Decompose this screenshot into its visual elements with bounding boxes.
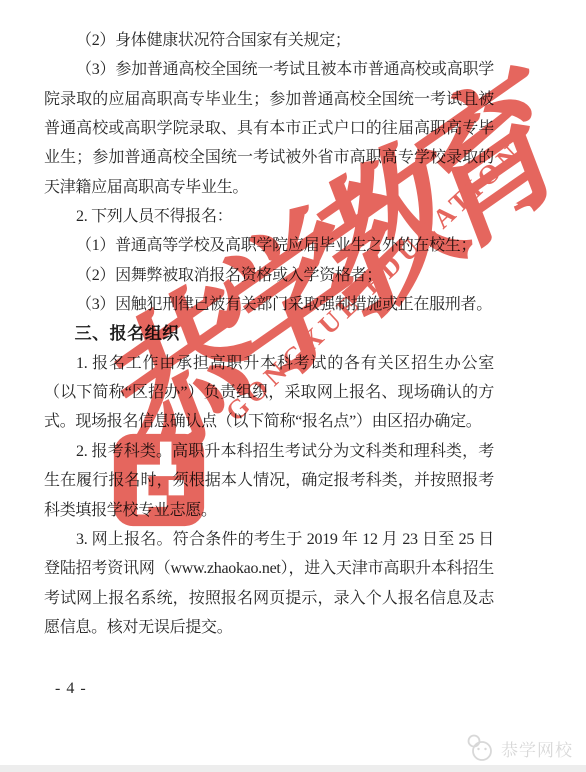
body-paragraph-health: （2）身体健康状况符合国家有关规定； [44, 26, 494, 55]
list-item-2: （2）因舞弊被取消报名资格或入学资格者； [44, 261, 494, 290]
page-number: - 4 - [55, 680, 87, 698]
section-heading: 三、报名组织 [44, 319, 494, 348]
brand-name-label: 恭学网校 [501, 736, 573, 761]
body-paragraph-not-allowed: 2. 下列人员不得报名： [44, 202, 494, 231]
page-canvas: （2）身体健康状况符合国家有关规定； （3）参加普通高校全国统一考试且被本市普通… [0, 0, 586, 772]
list-item-3: （3）因触犯刑律已被有关部门采取强制措施或正在服刑者。 [44, 290, 494, 319]
body-paragraph-online-registration: 3. 网上报名。符合条件的考生于 2019 年 12 月 23 日至 25 日登… [44, 525, 494, 642]
gongxue-mascot-icon [465, 733, 495, 763]
document-body: （2）身体健康状况符合国家有关规定； （3）参加普通高校全国统一考试且被本市普通… [44, 26, 494, 642]
list-item-1: （1）普通高等学校及高职学院应届毕业生之外的在校生； [44, 231, 494, 260]
footer-brand: 恭学网校 [465, 733, 573, 763]
body-paragraph-organization: 1. 报名工作由承担高职升本科考试的各有关区招生办公室（以下简称“区招办”）负责… [44, 349, 494, 437]
body-paragraph-eligibility: （3）参加普通高校全国统一考试且被本市普通高校或高职学院录取的应届高职高专毕业生… [44, 55, 494, 202]
body-paragraph-subject-category: 2. 报考科类。高职升本科招生考试分为文科类和理科类，考生在履行报名时，须根据本… [44, 437, 494, 525]
bottom-edge-strip [0, 765, 586, 772]
